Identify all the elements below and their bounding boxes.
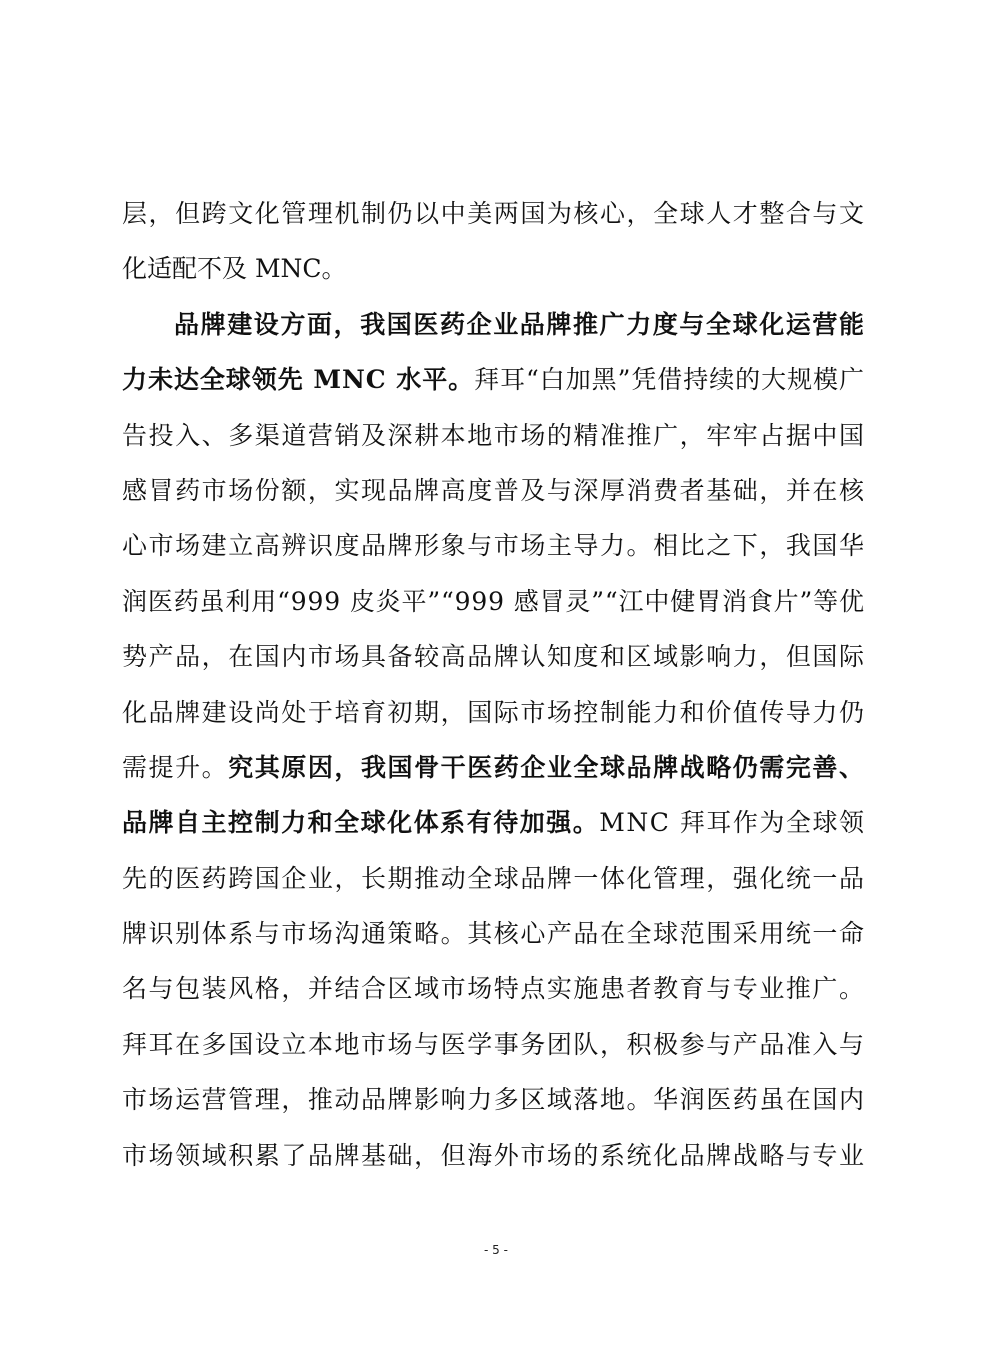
bold-heading-segment: 品牌建设方面，我国医药企业品牌推广力度与全球化运营能 <box>174 297 866 352</box>
text-segment: 化适配不及 MNC。 <box>122 241 347 296</box>
text-segment: 层，但跨文化管理机制仍以中美两国为核心，全球人才整合与文 <box>122 186 866 241</box>
text-line: 需提升。究其原因，我国骨干医药企业全球品牌战略仍需完善、 <box>122 740 864 795</box>
text-segment: 拜耳在多国设立本地市场与医学事务团队，积极参与产品准入与 <box>122 1017 866 1072</box>
text-segment: 市场运营管理，推动品牌影响力多区域落地。华润医药虽在国内 <box>122 1072 866 1127</box>
text-segment: 势产品，在国内市场具备较高品牌认知度和区域影响力，但国际 <box>122 629 866 684</box>
text-segment: MNC 拜耳作为全球领 <box>599 795 865 850</box>
text-segment: 润医药虽利用“999 皮炎平”“999 感冒灵”“江中健胃消食片”等优 <box>122 574 865 629</box>
text-line: 心市场建立高辨识度品牌形象与市场主导力。相比之下，我国华 <box>122 518 864 573</box>
page-number: - 5 - <box>0 1243 992 1257</box>
text-line: 市场运营管理，推动品牌影响力多区域落地。华润医药虽在国内 <box>122 1072 864 1127</box>
text-line: 市场领域积累了品牌基础，但海外市场的系统化品牌战略与专业 <box>122 1128 864 1183</box>
text-line: 化品牌建设尚处于培育初期，国际市场控制能力和价值传导力仍 <box>122 685 864 740</box>
document-page: 层，但跨文化管理机制仍以中美两国为核心，全球人才整合与文 化适配不及 MNC。 … <box>0 0 992 1347</box>
text-segment: 化品牌建设尚处于培育初期，国际市场控制能力和价值传导力仍 <box>122 685 866 740</box>
bold-heading-segment: 力未达全球领先 MNC 水平。 <box>122 352 474 407</box>
text-segment: 牌识别体系与市场沟通策略。其核心产品在全球范围采用统一命 <box>122 906 866 961</box>
text-line: 先的医药跨国企业，长期推动全球品牌一体化管理，强化统一品 <box>122 851 864 906</box>
text-line: 化适配不及 MNC。 <box>122 241 864 296</box>
bold-heading-segment: 究其原因，我国骨干医药企业全球品牌战略仍需完善、 <box>228 740 865 795</box>
text-line: 感冒药市场份额，实现品牌高度普及与深厚消费者基础，并在核 <box>122 463 864 518</box>
text-line: 势产品，在国内市场具备较高品牌认知度和区域影响力，但国际 <box>122 629 864 684</box>
text-segment: 心市场建立高辨识度品牌形象与市场主导力。相比之下，我国华 <box>122 518 866 573</box>
text-segment: 名与包装风格，并结合区域市场特点实施患者教育与专业推广。 <box>122 961 866 1016</box>
text-line: 拜耳在多国设立本地市场与医学事务团队，积极参与产品准入与 <box>122 1017 864 1072</box>
text-line: 品牌自主控制力和全球化体系有待加强。MNC 拜耳作为全球领 <box>122 795 864 850</box>
text-line: 告投入、多渠道营销及深耕本地市场的精准推广，牢牢占据中国 <box>122 408 864 463</box>
text-segment: 感冒药市场份额，实现品牌高度普及与深厚消费者基础，并在核 <box>122 463 866 518</box>
bold-heading-segment: 品牌自主控制力和全球化体系有待加强。 <box>122 795 599 850</box>
text-line: 力未达全球领先 MNC 水平。拜耳“白加黑”凭借持续的大规模广 <box>122 352 864 407</box>
text-segment: 需提升。 <box>122 740 228 795</box>
text-line: 层，但跨文化管理机制仍以中美两国为核心，全球人才整合与文 <box>122 186 864 241</box>
text-line: 润医药虽利用“999 皮炎平”“999 感冒灵”“江中健胃消食片”等优 <box>122 574 864 629</box>
text-segment: 拜耳“白加黑”凭借持续的大规模广 <box>474 352 865 407</box>
text-segment: 先的医药跨国企业，长期推动全球品牌一体化管理，强化统一品 <box>122 851 866 906</box>
text-line: 品牌建设方面，我国医药企业品牌推广力度与全球化运营能 <box>122 297 864 352</box>
text-segment: 市场领域积累了品牌基础，但海外市场的系统化品牌战略与专业 <box>122 1128 866 1183</box>
text-line: 名与包装风格，并结合区域市场特点实施患者教育与专业推广。 <box>122 961 864 1016</box>
text-line: 牌识别体系与市场沟通策略。其核心产品在全球范围采用统一命 <box>122 906 864 961</box>
body-text: 层，但跨文化管理机制仍以中美两国为核心，全球人才整合与文 化适配不及 MNC。 … <box>122 186 864 1183</box>
text-segment: 告投入、多渠道营销及深耕本地市场的精准推广，牢牢占据中国 <box>122 408 866 463</box>
